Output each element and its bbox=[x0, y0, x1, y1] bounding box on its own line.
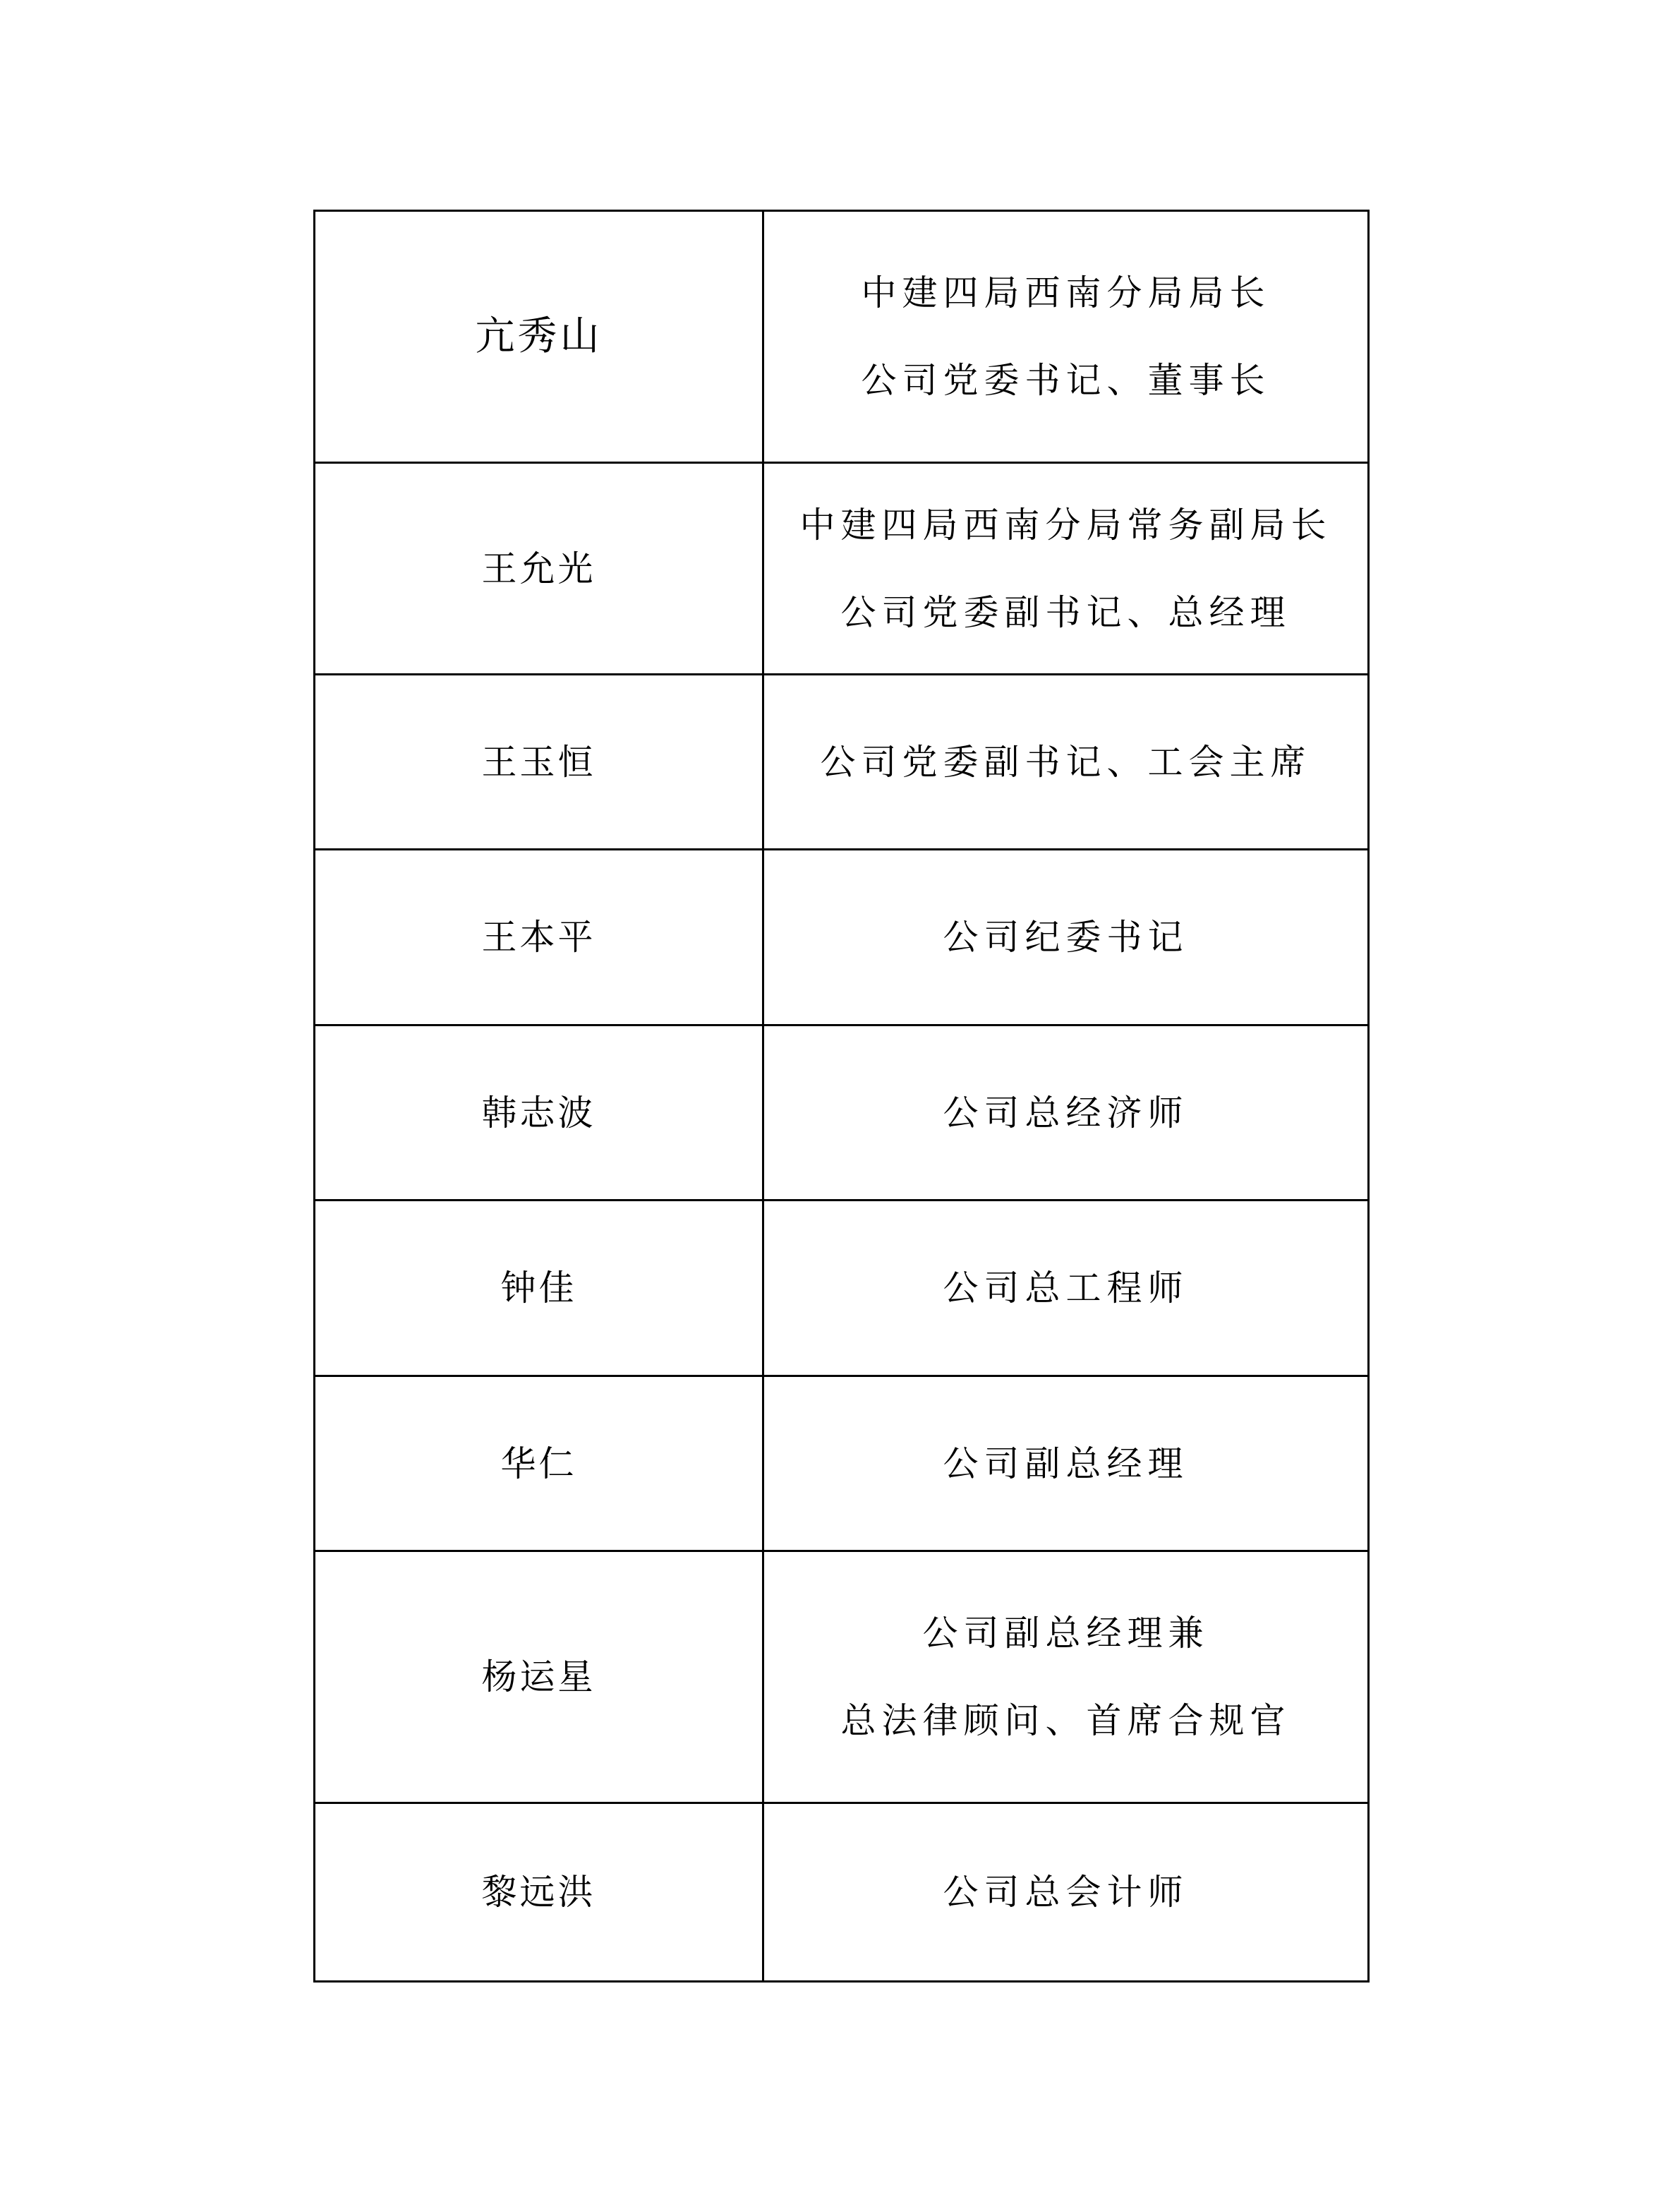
name-cell: 钟佳 bbox=[315, 1201, 763, 1376]
position-line: 公司纪委书记 bbox=[764, 894, 1367, 981]
position-cell: 公司总工程师 bbox=[763, 1201, 1369, 1376]
table-row: 黎远洪 公司总会计师 bbox=[315, 1803, 1369, 1982]
table-row: 华仁 公司副总经理 bbox=[315, 1376, 1369, 1551]
position-cell: 公司总经济师 bbox=[763, 1025, 1369, 1201]
name-cell: 杨运星 bbox=[315, 1551, 763, 1803]
name-cell: 黎远洪 bbox=[315, 1803, 763, 1982]
name-cell: 亢秀山 bbox=[315, 211, 763, 463]
position-cell: 公司副总经理 bbox=[763, 1376, 1369, 1551]
table-row: 杨运星 公司副总经理兼 总法律顾问、首席合规官 bbox=[315, 1551, 1369, 1803]
position-line: 公司党委副书记、总经理 bbox=[764, 569, 1367, 656]
name-cell: 华仁 bbox=[315, 1376, 763, 1551]
position-line: 公司总工程师 bbox=[764, 1244, 1367, 1332]
position-cell: 公司纪委书记 bbox=[763, 850, 1369, 1025]
leadership-table: 亢秀山 中建四局西南分局局长 公司党委书记、董事长 王允光 中建四局西南分局常务… bbox=[313, 210, 1370, 1983]
position-line: 总法律顾问、首席合规官 bbox=[764, 1677, 1367, 1764]
position-cell: 公司副总经理兼 总法律顾问、首席合规官 bbox=[763, 1551, 1369, 1803]
position-line: 公司党委书记、董事长 bbox=[764, 337, 1367, 424]
position-line: 公司副总经理 bbox=[764, 1420, 1367, 1508]
name-cell: 王本平 bbox=[315, 850, 763, 1025]
position-cell: 公司总会计师 bbox=[763, 1803, 1369, 1982]
name-cell: 王玉恒 bbox=[315, 675, 763, 850]
position-line: 中建四局西南分局常务副局长 bbox=[764, 481, 1367, 569]
position-line: 公司总经济师 bbox=[764, 1069, 1367, 1157]
table-row: 钟佳 公司总工程师 bbox=[315, 1201, 1369, 1376]
document-page: 亢秀山 中建四局西南分局局长 公司党委书记、董事长 王允光 中建四局西南分局常务… bbox=[0, 0, 1680, 2190]
table-row: 亢秀山 中建四局西南分局局长 公司党委书记、董事长 bbox=[315, 211, 1369, 463]
table-row: 王玉恒 公司党委副书记、工会主席 bbox=[315, 675, 1369, 850]
name-cell: 韩志波 bbox=[315, 1025, 763, 1201]
table-row: 韩志波 公司总经济师 bbox=[315, 1025, 1369, 1201]
name-cell: 王允光 bbox=[315, 463, 763, 675]
position-cell: 公司党委副书记、工会主席 bbox=[763, 675, 1369, 850]
position-line: 中建四局西南分局局长 bbox=[764, 249, 1367, 337]
position-line: 公司党委副书记、工会主席 bbox=[764, 718, 1367, 806]
table-row: 王允光 中建四局西南分局常务副局长 公司党委副书记、总经理 bbox=[315, 463, 1369, 675]
position-cell: 中建四局西南分局常务副局长 公司党委副书记、总经理 bbox=[763, 463, 1369, 675]
table-row: 王本平 公司纪委书记 bbox=[315, 850, 1369, 1025]
position-line: 公司总会计师 bbox=[764, 1848, 1367, 1936]
position-cell: 中建四局西南分局局长 公司党委书记、董事长 bbox=[763, 211, 1369, 463]
position-line: 公司副总经理兼 bbox=[764, 1589, 1367, 1677]
